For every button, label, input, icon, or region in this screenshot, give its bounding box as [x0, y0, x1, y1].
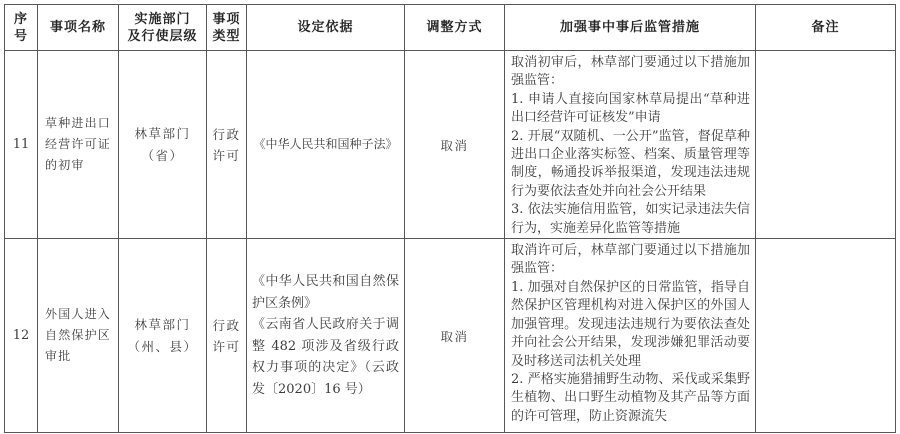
header-adjustment-method: 调整方式: [405, 5, 505, 51]
cell-supervision-measures: 取消初审后，林草部门要通过以下措施加强监管： 1. 申请人直接向国家林草局提出“…: [505, 51, 756, 239]
cell-remarks: [756, 239, 896, 433]
cell-setting-basis: 《中华人民共和国种子法》: [247, 51, 405, 239]
header-setting-basis: 设定依据: [247, 5, 405, 51]
cell-item-name: 草种进出口经营许可证的初审: [38, 51, 119, 239]
cell-item-type: 行政 许可: [207, 51, 247, 239]
header-item-name: 事项名称: [38, 5, 119, 51]
header-serial-number: 序 号: [5, 5, 38, 51]
header-item-type: 事项 类型: [207, 5, 247, 51]
cell-adjustment-method: 取消: [405, 51, 505, 239]
cell-supervision-measures: 取消许可后，林草部门要通过以下措施加强监管： 1. 加强对自然保护区的日常监管，…: [505, 239, 756, 433]
cell-item-name: 外国人进入自然保护区审批: [38, 239, 119, 433]
cell-implementing-department: 林草部门 （州、县）: [119, 239, 207, 433]
cell-remarks: [756, 51, 896, 239]
cell-implementing-department: 林草部门 （省）: [119, 51, 207, 239]
table-row-item-11: 11 草种进出口经营许可证的初审 林草部门 （省） 行政 许可 《中华人民共和国…: [5, 51, 896, 239]
table-header-row: 序 号 事项名称 实施部门 及行使层级 事项 类型 设定依据 调整方式 加强事中…: [5, 5, 896, 51]
cell-item-type: 行政 许可: [207, 239, 247, 433]
cell-setting-basis: 《中华人民共和国自然保护区条例》 《云南省人民政府关于调整 482 项涉及省级行…: [247, 239, 405, 433]
header-supervision-measures: 加强事中事后监管措施: [505, 5, 756, 51]
admin-items-table: 序 号 事项名称 实施部门 及行使层级 事项 类型 设定依据 调整方式 加强事中…: [4, 4, 896, 433]
cell-serial-number: 11: [5, 51, 38, 239]
table-row-item-12: 12 外国人进入自然保护区审批 林草部门 （州、县） 行政 许可 《中华人民共和…: [5, 239, 896, 433]
header-implementing-department: 实施部门 及行使层级: [119, 5, 207, 51]
cell-serial-number: 12: [5, 239, 38, 433]
header-remarks: 备注: [756, 5, 896, 51]
cell-adjustment-method: 取消: [405, 239, 505, 433]
